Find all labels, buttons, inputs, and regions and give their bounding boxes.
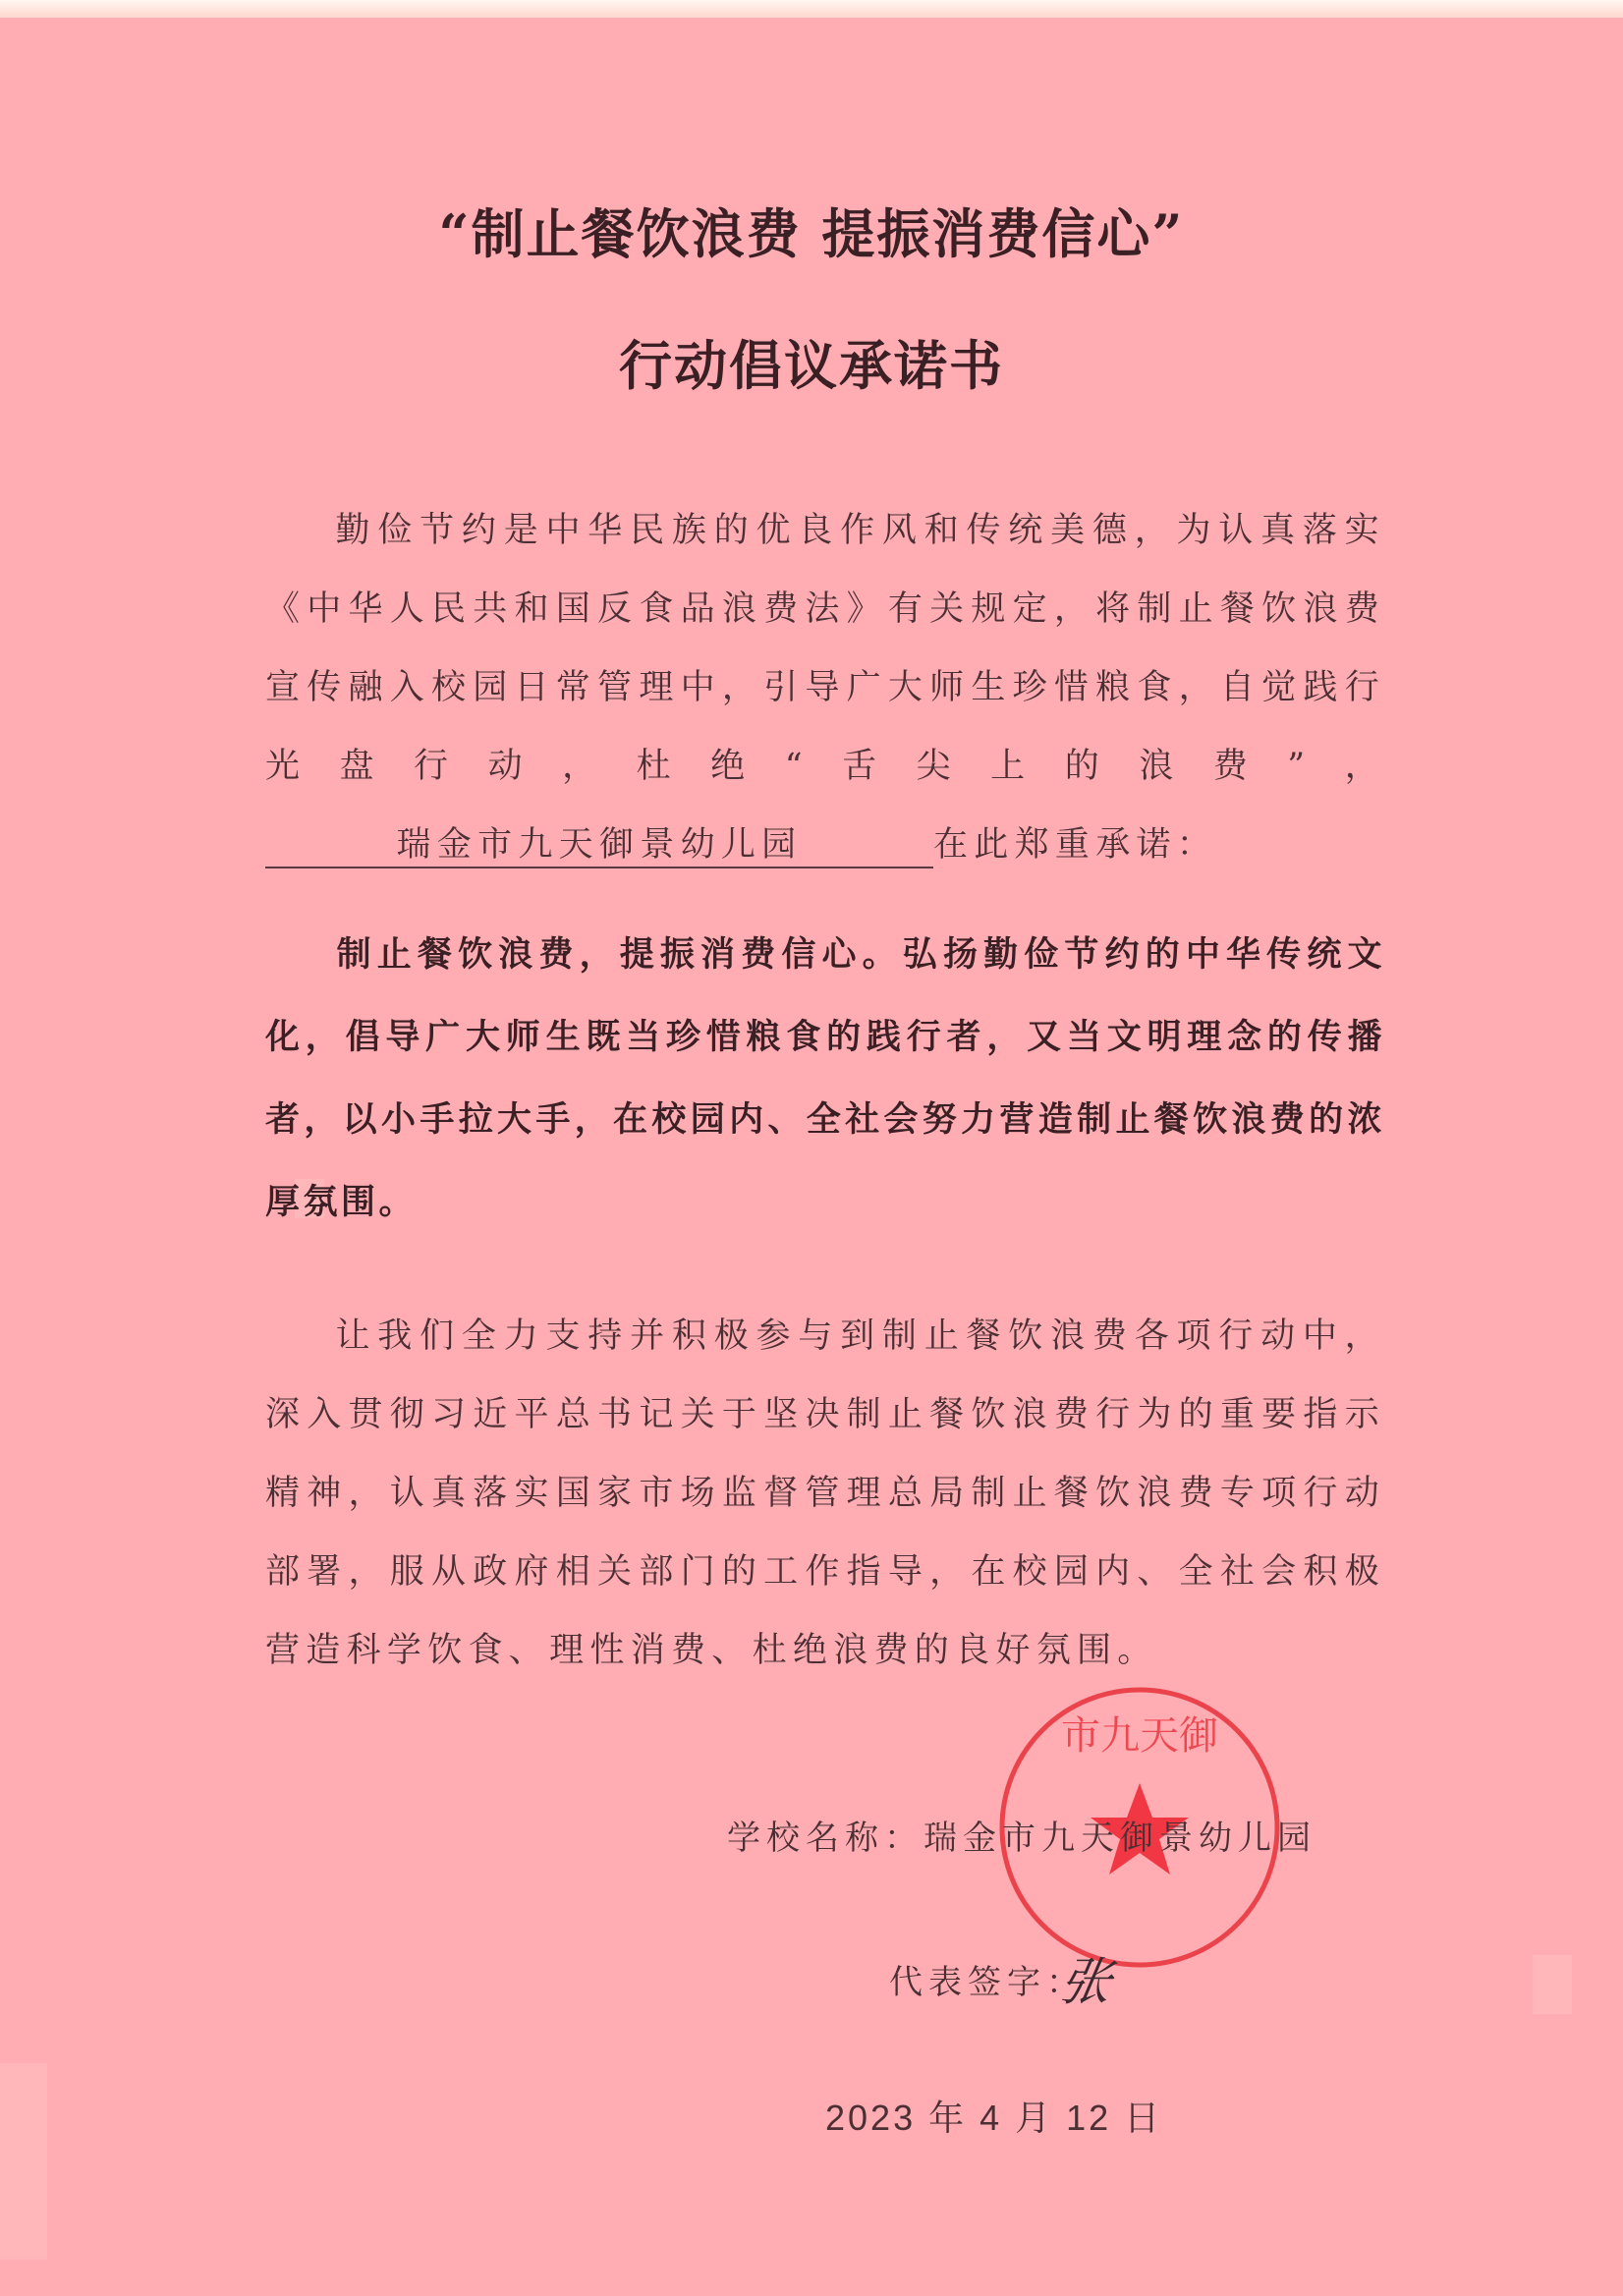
intro-text: 勤俭节约是中华民族的优良作风和传统美德，为认真落实《中华人民共和国反食品浪费法》… [265, 511, 1385, 786]
document-date: 2023 年 4 月 12 日 [825, 2091, 1162, 2141]
commitment-text: 制止餐饮浪费，提振消费信心。弘扬勤俭节约的中华传统文化，倡导广大师生既当珍惜粮食… [265, 935, 1385, 1222]
representative-label: 代表签字： [889, 1963, 1086, 2002]
document-title-line2: 行动倡议承诺书 [0, 324, 1623, 400]
representative-line: 代表签字： [889, 1955, 1086, 2003]
call-to-action-text: 让我们全力支持并积极参与到制止餐饮浪费各项行动中，深入贯彻习近平总书记关于坚决制… [265, 1316, 1385, 1670]
paper-texture [1533, 1955, 1572, 2014]
paragraph-commitment: 制止餐饮浪费，提振消费信心。弘扬勤俭节约的中华传统文化，倡导广大师生既当珍惜粮食… [265, 914, 1385, 1244]
intro-text-after: 在此郑重承诺： [933, 825, 1217, 865]
school-name-value: 瑞金市九天御景幼儿园 [923, 1819, 1316, 1858]
svg-text:市九天御: 市九天御 [1061, 1713, 1218, 1759]
school-name-line: 学校名称：瑞金市九天御景幼儿园 [727, 1811, 1316, 1859]
paragraph-call-to-action: 让我们全力支持并积极参与到制止餐饮浪费各项行动中，深入贯彻习近平总书记关于坚决制… [265, 1297, 1385, 1690]
document-title-line1: “制止餐饮浪费 提振消费信心” [0, 193, 1623, 268]
scan-top-edge [0, 0, 1623, 18]
school-name-label: 学校名称： [727, 1819, 923, 1858]
paragraph-intro: 勤俭节约是中华民族的优良作风和传统美德，为认真落实《中华人民共和国反食品浪费法》… [265, 491, 1385, 884]
filled-school-name: 瑞金市九天御景幼儿园 [265, 823, 933, 868]
paper-texture [0, 2063, 47, 2260]
